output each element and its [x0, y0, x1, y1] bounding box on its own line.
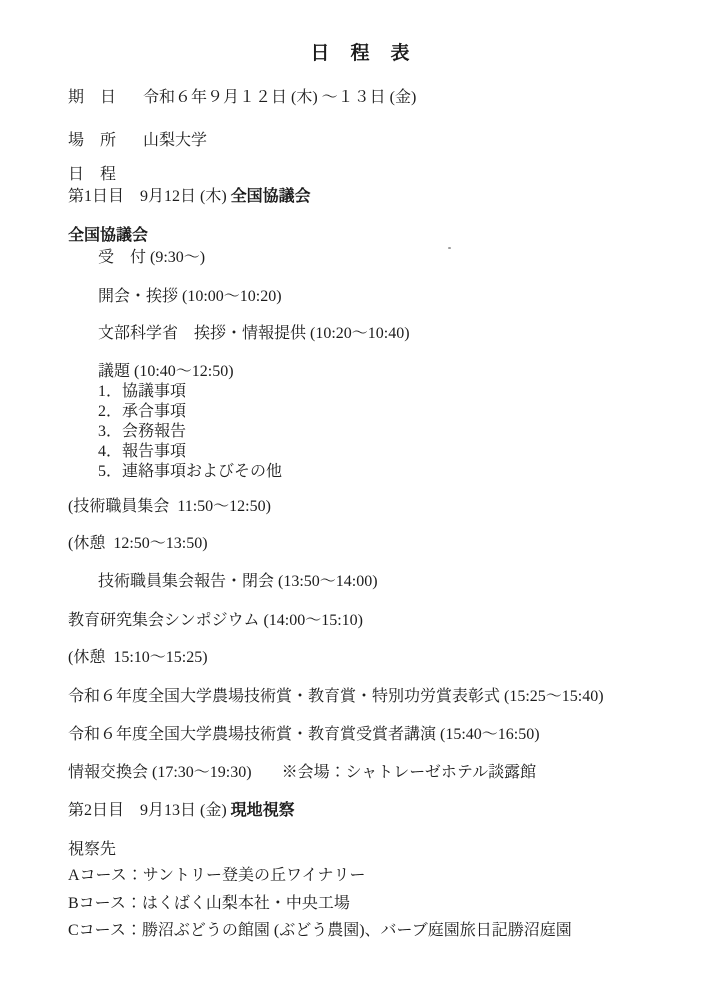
- schedule-document-page: 日 程 表 期 日令和６年９月１２日 (木) ～１３日 (金) 場 所山梨大学 …: [0, 0, 721, 988]
- agenda-item-5: 5．連絡事項およびその他: [98, 462, 691, 482]
- course-c-line: Cコース：勝沼ぶどうの館園 (ぶどう農園)、バーブ庭園旅日記勝沼庭園: [68, 921, 691, 941]
- place-label: 場 所: [68, 131, 143, 151]
- opening-line: 開会・挨拶 (10:00～10:20): [98, 287, 691, 307]
- day1-title: 全国協議会: [231, 188, 311, 205]
- place-row: 場 所山梨大学: [68, 131, 691, 151]
- agenda-item-4: 4．報告事項: [98, 442, 691, 462]
- break2-line: (休憩 15:10～15:25): [68, 648, 691, 668]
- symposium-line: 教育研究集会シンポジウム (14:00～15:10): [68, 611, 691, 631]
- council-section-heading: 全国協議会: [68, 226, 691, 246]
- social-venue: ※会場：シャトレーゼホテル談露館: [282, 764, 537, 781]
- course-a-line: Aコース：サントリー登美の丘ワイナリー: [68, 866, 691, 886]
- period-label: 期 日: [68, 88, 143, 108]
- reception-line: 受 付 (9:30～): [98, 248, 691, 268]
- social-event: 情報交換会 (17:30～19:30): [68, 764, 252, 781]
- day1-heading: 第1日目 9月12日 (木) 全国協議会: [68, 187, 691, 207]
- mext-line: 文部科学省 挨拶・情報提供 (10:20～10:40): [98, 324, 691, 344]
- period-value: 令和６年９月１２日 (木) ～１３日 (金): [143, 89, 416, 106]
- page-title: 日 程 表: [0, 0, 721, 62]
- place-value: 山梨大学: [143, 132, 207, 149]
- agenda-heading: 議題 (10:40～12:50): [98, 362, 691, 382]
- tech-meeting-line: (技術職員集会 11:50～12:50): [68, 497, 691, 517]
- course-b-line: Bコース：はくばく山梨本社・中央工場: [68, 894, 691, 914]
- period-row: 期 日令和６年９月１２日 (木) ～１３日 (金): [68, 88, 691, 108]
- break1-line: (休憩 12:50～13:50): [68, 534, 691, 554]
- day2-title: 現地視察: [231, 802, 295, 819]
- scan-speck: [448, 247, 451, 249]
- day2-heading: 第2日目 9月13日 (金) 現地視察: [68, 801, 691, 821]
- award-ceremony-line: 令和６年度全国大学農場技術賞・教育賞・特別功労賞表彰式 (15:25～15:40…: [68, 687, 691, 707]
- day2-date: 第2日目 9月13日 (金): [68, 802, 231, 819]
- agenda-item-1: 1．協議事項: [98, 382, 691, 402]
- social-row: 情報交換会 (17:30～19:30)※会場：シャトレーゼホテル談露館: [68, 763, 691, 783]
- document-body: 期 日令和６年９月１２日 (木) ～１３日 (金) 場 所山梨大学 日 程 第1…: [0, 88, 721, 941]
- agenda-item-3: 3．会務報告: [98, 422, 691, 442]
- schedule-heading: 日 程: [68, 165, 691, 185]
- award-lecture-line: 令和６年度全国大学農場技術賞・教育賞受賞者講演 (15:40～16:50): [68, 725, 691, 745]
- day1-date: 第1日目 9月12日 (木): [68, 188, 231, 205]
- tech-report-line: 技術職員集会報告・閉会 (13:50～14:00): [98, 572, 691, 592]
- inspection-heading: 視察先: [68, 840, 691, 860]
- agenda-item-2: 2．承合事項: [98, 402, 691, 422]
